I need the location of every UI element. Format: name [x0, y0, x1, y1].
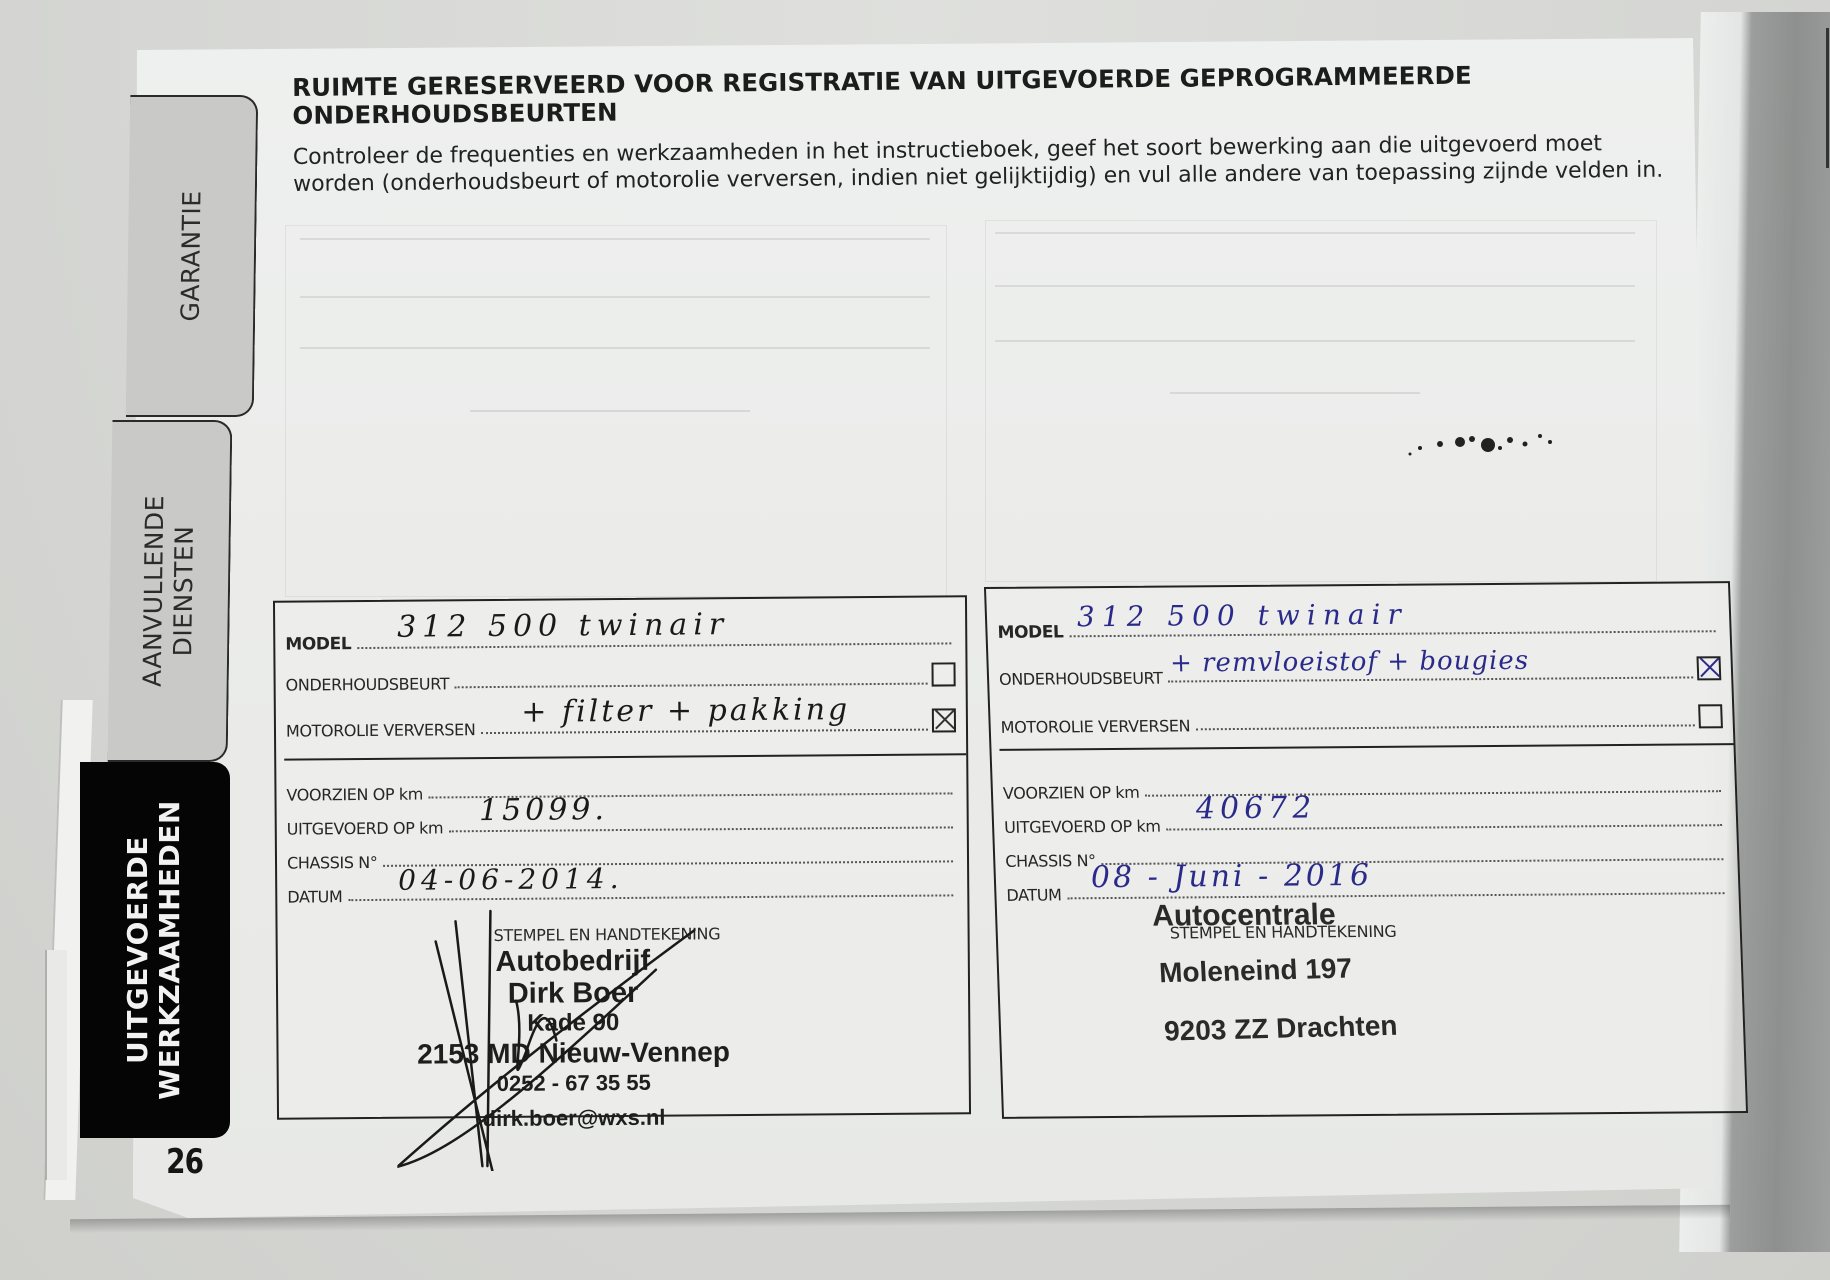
datum-label: DATUM: [1006, 885, 1062, 904]
stacked-page-edge: [45, 950, 67, 1180]
model-field[interactable]: 312 500 twinair: [357, 641, 951, 649]
motorolie-label: MOTOROLIE VERVERSEN: [286, 720, 476, 740]
chassis-label: CHASSIS N°: [287, 853, 378, 873]
tab-label: UITGEVOERDE WERKZAAMHEDEN: [122, 800, 186, 1100]
model-field[interactable]: 312 500 twinair: [1070, 629, 1716, 637]
onderhoudsbeurt-row: ONDERHOUDSBEURT + remvloeistof + bougies: [998, 653, 1721, 689]
next-page-rule: [1826, 28, 1829, 168]
dealer-stamp: Autobedrijf Dirk Boer Kade 90 2153 MD Ni…: [353, 944, 794, 1133]
voorzien-label: VOORZIEN OP km: [1003, 783, 1140, 803]
chassis-label: CHASSIS N°: [1005, 851, 1096, 871]
onderhoudsbeurt-checkbox[interactable]: [931, 662, 955, 686]
voorzien-row: VOORZIEN OP km: [286, 769, 956, 804]
section-divider: [999, 743, 1733, 751]
page-number: 26: [166, 1142, 203, 1182]
datum-field[interactable]: 04-06-2014.: [348, 893, 953, 901]
voorzien-label: VOORZIEN OP km: [286, 785, 423, 805]
stamp-line: Kade 90: [353, 1008, 793, 1039]
motorolie-field[interactable]: + filter + pakking: [481, 728, 928, 735]
dealer-stamp-line: Moleneind 197: [1158, 952, 1352, 989]
onderhoudsbeurt-label: ONDERHOUDSBEURT: [286, 674, 450, 694]
model-value: 312 500 twinair: [1076, 598, 1408, 634]
stamp-line: dirk.boer@wxs.nl: [354, 1103, 794, 1133]
stamp-line: Dirk Boer: [353, 976, 793, 1011]
model-value: 312 500 twinair: [397, 607, 729, 645]
tab-uitgevoerde-werkzaamheden[interactable]: UITGEVOERDE WERKZAAMHEDEN: [80, 762, 230, 1138]
onderhoudsbeurt-checkbox[interactable]: [1696, 656, 1721, 680]
tab-garantie[interactable]: GARANTIE: [126, 95, 258, 417]
stamp-line: Autobedrijf: [353, 944, 793, 979]
voorzien-row: VOORZIEN OP km: [1002, 767, 1725, 803]
tab-label-line: AANVULLENDE: [138, 495, 171, 687]
dealer-stamp-line: 9203 ZZ Drachten: [1163, 1010, 1398, 1048]
motorolie-label: MOTOROLIE VERVERSEN: [1000, 716, 1190, 736]
tab-label-line: DIENSTEN: [168, 495, 201, 687]
page-header: RUIMTE GERESERVEERD VOOR REGISTRATIE VAN…: [292, 60, 1673, 198]
model-label: MODEL: [997, 622, 1064, 643]
stamp-line: 2153 MD Nieuw-Vennep: [353, 1036, 793, 1071]
motorolie-checkbox[interactable]: [1698, 704, 1723, 728]
motorolie-field[interactable]: [1196, 723, 1695, 730]
model-row: MODEL 312 500 twinair: [997, 607, 1720, 643]
uitgevoerd-value: 15099.: [479, 792, 608, 828]
onderhoudsbeurt-value: + remvloeistof + bougies: [1170, 646, 1530, 679]
uitgevoerd-row: UITGEVOERD OP km 15099.: [287, 803, 957, 838]
uitgevoerd-label: UITGEVOERD OP km: [1004, 817, 1161, 837]
onderhoudsbeurt-field[interactable]: + remvloeistof + bougies: [1169, 675, 1694, 682]
ink-smudge: [1400, 420, 1570, 470]
uitgevoerd-row: UITGEVOERD OP km 40672: [1003, 801, 1726, 837]
datum-row: DATUM 08 - Juni - 2016: [1006, 869, 1729, 905]
stamp-line: 0252 - 67 35 55: [354, 1068, 794, 1098]
tab-label: AANVULLENDE DIENSTEN: [138, 495, 201, 687]
motorolie-row: MOTOROLIE VERVERSEN + filter + pakking: [286, 705, 956, 740]
uitgevoerd-field[interactable]: 40672: [1167, 823, 1723, 830]
datum-row: DATUM 04-06-2014.: [287, 871, 957, 906]
onderhoudsbeurt-row: ONDERHOUDSBEURT: [285, 659, 955, 694]
model-row: MODEL 312 500 twinair: [285, 619, 955, 654]
datum-value: 08 - Juni - 2016: [1090, 858, 1372, 895]
uitgevoerd-field[interactable]: 15099.: [449, 825, 953, 832]
onderhoudsbeurt-field[interactable]: [455, 682, 928, 689]
maintenance-entry-2: MODEL 312 500 twinair ONDERHOUDSBEURT + …: [984, 581, 1748, 1119]
tab-aanvullende-diensten[interactable]: AANVULLENDE DIENSTEN: [108, 420, 233, 762]
onderhoudsbeurt-label: ONDERHOUDSBEURT: [999, 669, 1163, 689]
model-label: MODEL: [285, 634, 351, 655]
motorolie-checkbox[interactable]: [932, 708, 956, 732]
maintenance-entry-1: MODEL 312 500 twinair ONDERHOUDSBEURT MO…: [273, 595, 971, 1119]
datum-field[interactable]: 08 - Juni - 2016: [1068, 891, 1725, 899]
uitgevoerd-value: 40672: [1195, 790, 1317, 826]
section-divider: [284, 753, 966, 760]
tab-label-line: WERKZAAMHEDEN: [154, 800, 186, 1100]
page-title: RUIMTE GERESERVEERD VOOR REGISTRATIE VAN…: [292, 60, 1673, 130]
stamp-signature-label: STEMPEL EN HANDTEKENING: [494, 924, 721, 945]
tab-label: GARANTIE: [176, 190, 207, 321]
uitgevoerd-label: UITGEVOERD OP km: [287, 818, 444, 838]
motorolie-row: MOTOROLIE VERVERSEN: [1000, 701, 1723, 737]
motorolie-value: + filter + pakking: [521, 692, 850, 730]
tab-label-line: UITGEVOERDE: [122, 800, 154, 1100]
datum-value: 04-06-2014.: [398, 862, 624, 897]
stamp-signature-label: STEMPEL EN HANDTEKENING: [1169, 922, 1396, 943]
datum-label: DATUM: [287, 887, 342, 906]
